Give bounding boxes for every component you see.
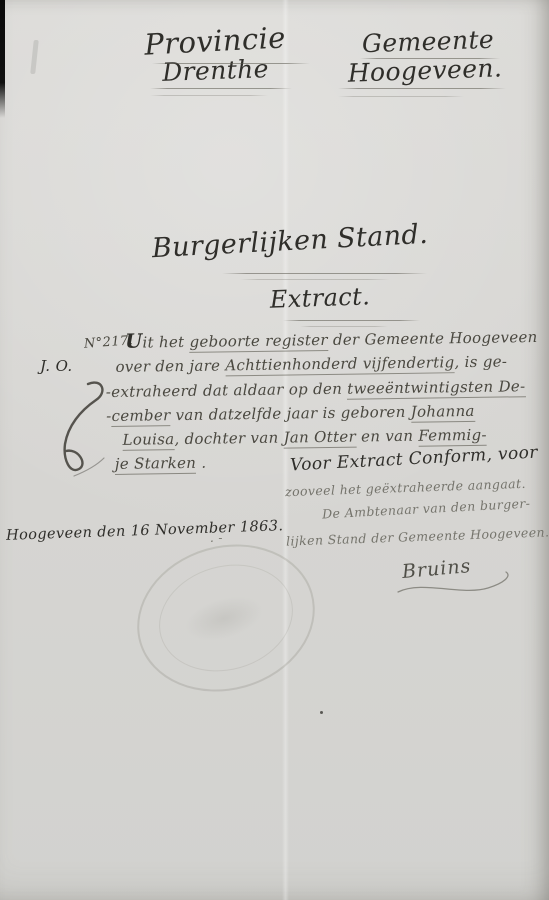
ink-speck bbox=[320, 711, 323, 714]
dateline-separator: . - bbox=[210, 531, 223, 545]
document-page: Provincie Drenthe Gemeente Hoogeveen. Bu… bbox=[0, 0, 549, 900]
oval-stamp bbox=[120, 524, 333, 712]
underline-rule bbox=[338, 88, 506, 89]
underline-rule bbox=[222, 273, 427, 274]
margin-initials: J. O. bbox=[40, 357, 73, 375]
document-title: Burgerlijken Stand. bbox=[129, 218, 450, 266]
underline-rule bbox=[360, 58, 500, 59]
signature-flourish-icon bbox=[392, 566, 542, 606]
underline-rule bbox=[338, 96, 464, 97]
scan-edge-artifact bbox=[0, 0, 5, 118]
pencil-smudge bbox=[30, 40, 39, 74]
dateline: Hoogeveen den 16 November 1863. bbox=[6, 518, 284, 544]
underline-rule bbox=[283, 320, 420, 321]
underline-rule bbox=[150, 95, 268, 96]
conform-line-2: zooveel het geëxtraheerde aangaat. bbox=[285, 476, 526, 499]
underline-rule bbox=[150, 88, 292, 89]
underline-rule bbox=[152, 63, 310, 64]
underline-rule bbox=[240, 279, 390, 280]
document-subtitle: Extract. bbox=[240, 281, 401, 315]
official-title-line-1: De Ambtenaar van den burger- bbox=[322, 496, 531, 522]
official-title-line-2: lijken Stand der Gemeente Hoogeveen. bbox=[286, 524, 549, 548]
